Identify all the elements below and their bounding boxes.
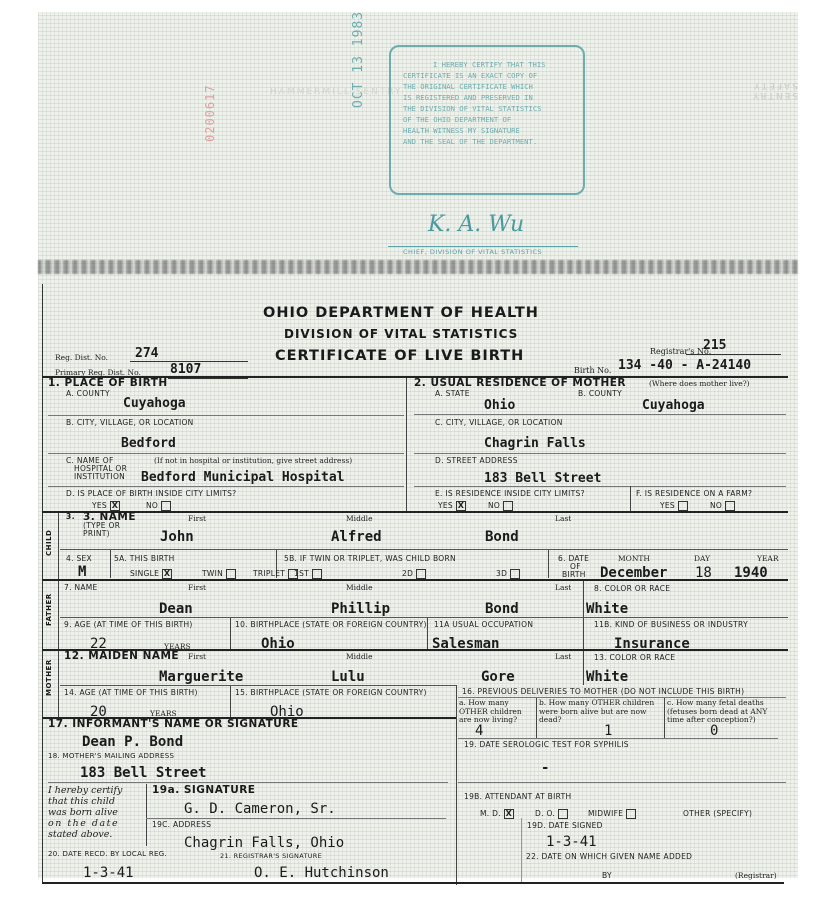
sex-label: 4. SEX <box>66 554 92 563</box>
column-divider <box>230 618 231 649</box>
birth-no-value: 134 -40 - A-24140 <box>618 358 751 373</box>
fetal-deaths-label: c. How many fetal deaths (fetuses born d… <box>667 699 785 725</box>
certify-line: stated above. <box>48 829 122 840</box>
month-label: MONTH <box>618 554 650 563</box>
residence-city-label: c. CITY, VILLAGE, OR LOCATION <box>435 418 563 427</box>
mother-last-name: Gore <box>481 669 515 685</box>
occupation-label: 11a USUAL OCCUPATION <box>434 620 533 629</box>
father-middle-name: Phillip <box>331 601 390 617</box>
no-label: NO <box>146 501 158 510</box>
md-label: M. D. <box>480 809 501 818</box>
no-label: NO <box>710 501 722 510</box>
checkbox[interactable] <box>558 809 568 819</box>
second-born-option[interactable]: 2D <box>402 569 426 579</box>
dob-label: BIRTH <box>562 570 586 579</box>
first-label: First <box>188 652 206 661</box>
residence-inside-city-label: e. IS RESIDENCE INSIDE CITY LIMITS? <box>435 489 585 498</box>
inside-city-label: d. IS PLACE OF BIRTH INSIDE CITY LIMITS? <box>66 489 236 498</box>
hospital-label: INSTITUTION <box>74 472 125 481</box>
photocopy-edge <box>38 260 798 274</box>
side-label-divider <box>58 651 59 717</box>
column-divider <box>664 698 665 738</box>
checkbox[interactable] <box>725 501 735 511</box>
child-middle-name: Alfred <box>331 529 382 545</box>
serial-number: 0200617 <box>203 84 217 142</box>
farm-label: f. IS RESIDENCE ON A FARM? <box>636 489 752 498</box>
form-left-border <box>42 284 43 884</box>
signature-caption: CHIEF, DIVISION OF VITAL STATISTICS <box>403 248 542 256</box>
mailing-address-value: 183 Bell Street <box>80 765 206 781</box>
section-divider <box>42 511 788 513</box>
father-last-name: Bond <box>485 601 519 617</box>
single-option[interactable]: SINGLEX <box>130 569 172 579</box>
mother-first-name: Marguerite <box>159 669 243 685</box>
registrar-no-value: 215 <box>703 338 726 353</box>
attendant-label: 19b. ATTENDANT AT BIRTH <box>464 792 571 801</box>
age-label: 9. AGE (At time of this birth) <box>64 620 193 629</box>
residence-county-value: Cuyahoga <box>642 398 705 413</box>
title-division: DIVISION OF VITAL STATISTICS <box>284 327 518 341</box>
row-line <box>48 415 404 416</box>
triplet-label: TRIPLET <box>253 569 285 578</box>
inside-city-yes[interactable]: YESX <box>92 501 120 511</box>
last-label: Last <box>555 514 571 523</box>
signature-label: 19a. SIGNATURE <box>152 784 255 796</box>
last-label: Last <box>555 583 571 592</box>
previous-deliveries-heading: 16. PREVIOUS DELIVERIES TO MOTHER (Do NO… <box>462 687 744 696</box>
row-line <box>48 486 404 487</box>
city-label: b. CITY, VILLAGE, OR LOCATION <box>66 418 194 427</box>
this-birth-label: 5a. THIS BIRTH <box>114 554 175 563</box>
checkbox-checked[interactable]: X <box>504 809 514 819</box>
watermark-text: SENTRY SAFETY <box>718 80 798 100</box>
industry-label: 11b. KIND OF BUSINESS OR INDUSTRY <box>594 620 748 629</box>
checkbox[interactable] <box>416 569 426 579</box>
certify-statement: I hereby certify that this child was bor… <box>48 785 122 840</box>
row-line <box>458 782 786 783</box>
do-label: D. O. <box>535 809 555 818</box>
state-label: a. STATE <box>435 389 470 398</box>
first-label: First <box>188 583 206 592</box>
column-divider <box>521 818 522 884</box>
previous-dead-label: b. How many OTHER children were born ali… <box>539 699 661 725</box>
birth-county-value: Cuyahoga <box>123 396 186 411</box>
midwife-label: MIDWIFE <box>588 809 623 818</box>
child-sex: M <box>78 564 86 580</box>
date-received-label: 20. DATE RECD. BY LOCAL REG. <box>48 850 167 858</box>
hospital-value: Bedford Municipal Hospital <box>141 470 345 485</box>
serology-value: - <box>541 760 549 776</box>
column-divider <box>583 651 584 685</box>
column-divider <box>230 686 231 717</box>
residence-county-label: b. COUNTY <box>578 389 622 398</box>
residence-inside-no[interactable]: NO <box>488 501 513 511</box>
place-of-birth-heading: 1. PLACE OF BIRTH <box>48 377 168 389</box>
md-option[interactable]: M. D.X <box>480 809 514 819</box>
residence-street-value: 183 Bell Street <box>484 471 601 486</box>
date-received-value: 1-3-41 <box>83 865 134 881</box>
row-line <box>414 453 786 454</box>
birthplace-label: 15. BIRTHPLACE (State or foreign country… <box>235 688 427 697</box>
twin-option[interactable]: TWIN <box>202 569 236 579</box>
county-label: a. COUNTY <box>66 389 110 398</box>
stamp-line: CERTIFICATE IS AN EXACT COPY OF <box>403 70 575 81</box>
race-label: 13. COLOR OR RACE <box>594 653 675 662</box>
previous-living-label: a. How many OTHER children are now livin… <box>459 699 535 725</box>
mother-race: White <box>586 669 628 685</box>
father-name-label: 7. NAME <box>64 583 98 592</box>
first-born-option[interactable]: 1ST <box>294 569 322 579</box>
triplet-option[interactable]: TRIPLET <box>253 569 298 579</box>
chief-signature: K. A. Wu <box>428 212 524 237</box>
checkbox[interactable] <box>510 569 520 579</box>
certify-line: on the date <box>48 818 122 829</box>
yes-label: YES <box>438 501 453 510</box>
child-last-name: Bond <box>485 529 519 545</box>
middle-label: Middle <box>346 514 373 523</box>
other-option[interactable]: OTHER (Specify) <box>683 809 752 818</box>
farm-yes[interactable]: YES <box>660 501 688 511</box>
last-label: Last <box>555 652 571 661</box>
residence-inside-yes[interactable]: YESX <box>438 501 466 511</box>
certify-line: was born alive <box>48 807 122 818</box>
birthplace-label: 10. BIRTHPLACE (State or foreign country… <box>235 620 427 629</box>
twin-order-label: 5b. IF TWIN OR TRIPLET, WAS CHILD BORN <box>284 554 456 563</box>
by-label: BY <box>602 871 612 880</box>
stamp-line: THE ORIGINAL CERTIFICATE WHICH <box>403 81 575 92</box>
certify-line: that this child <box>48 796 122 807</box>
date-signed-value: 1-3-41 <box>546 834 597 850</box>
checkbox-checked[interactable]: X <box>110 501 120 511</box>
checkbox-checked[interactable]: X <box>456 501 466 511</box>
column-divider <box>630 486 631 511</box>
row-line <box>60 549 788 550</box>
first-label: First <box>188 514 206 523</box>
row-line <box>60 617 788 618</box>
residence-heading: 2. USUAL RESIDENCE OF MOTHER <box>414 377 626 389</box>
inside-city-no[interactable]: NO <box>146 501 171 511</box>
stamp-line: AND THE SEAL OF THE DEPARTMENT. <box>403 136 575 147</box>
no-label: NO <box>488 501 500 510</box>
checkbox[interactable] <box>503 501 513 511</box>
checkbox[interactable] <box>678 501 688 511</box>
address-label: 19c. ADDRESS <box>152 820 211 829</box>
informant-value: Dean P. Bond <box>82 734 183 750</box>
first-born-label: 1ST <box>294 569 309 578</box>
child-name-number: 3. <box>66 512 75 521</box>
reg-dist-value: 274 <box>135 346 158 361</box>
section-divider <box>42 579 788 581</box>
registrar-signature: O. E. Hutchinson <box>254 865 389 881</box>
attendant-signature: G. D. Cameron, Sr. <box>184 801 336 817</box>
underline <box>686 354 781 355</box>
registrar-signature-label: 21. REGISTRAR'S SIGNATURE <box>220 852 322 860</box>
certify-line: I hereby certify <box>48 785 122 796</box>
row-line <box>60 685 456 686</box>
row-line <box>414 414 786 415</box>
stamp-line: THE DIVISION OF VITAL STATISTICS <box>403 103 575 114</box>
street-label: d. STREET ADDRESS <box>435 456 518 465</box>
checkbox[interactable] <box>161 501 171 511</box>
title-certificate: CERTIFICATE OF LIVE BIRTH <box>275 348 524 364</box>
stamp-line: OF THE OHIO DEPARTMENT OF <box>403 114 575 125</box>
serology-label: 19. DATE SEROLOGIC TEST FOR SYPHILIS <box>464 740 629 749</box>
year-label: YEAR <box>757 554 779 563</box>
child-first-name: John <box>160 529 194 545</box>
row-line <box>146 818 446 819</box>
column-divider <box>536 698 537 738</box>
registrar-caption: (Registrar) <box>735 871 777 880</box>
father-side-label: FATHER <box>45 593 53 626</box>
side-label-divider <box>58 513 59 579</box>
midwife-option[interactable]: MIDWIFE <box>588 809 636 819</box>
day-label: DAY <box>694 554 710 563</box>
column-divider <box>406 378 407 511</box>
stamp-line: IS REGISTERED AND PRESERVED IN <box>403 92 575 103</box>
race-label: 8. COLOR OR RACE <box>594 584 670 593</box>
checkbox-checked[interactable]: X <box>162 569 172 579</box>
column-divider <box>146 784 147 846</box>
stamp-line: I HEREBY CERTIFY THAT THIS <box>403 59 575 70</box>
third-born-label: 3D <box>496 569 507 578</box>
stamp-date: OCT 13 1983 <box>351 11 366 108</box>
birth-city-value: Bedford <box>121 436 176 451</box>
date-signed-label: 19d. DATE SIGNED <box>527 821 603 830</box>
hospital-note: (If not in hospital or institution, give… <box>154 456 352 465</box>
row-line <box>458 738 778 739</box>
birth-certificate: HAMMERMILL SENTRY SENTRY SAFETY 0200617 … <box>38 12 798 878</box>
column-divider <box>110 550 111 578</box>
second-born-label: 2D <box>402 569 413 578</box>
child-name-sub: (TYPE OR PRINT) <box>83 522 123 538</box>
attendant-address: Chagrin Falls, Ohio <box>184 835 344 851</box>
row-line <box>414 486 786 487</box>
column-divider <box>427 618 428 649</box>
column-divider <box>456 685 457 885</box>
third-born-option[interactable]: 3D <box>496 569 520 579</box>
reg-dist-label: Reg. Dist. No. <box>55 353 108 362</box>
column-divider <box>583 581 584 649</box>
residence-city-value: Chagrin Falls <box>484 436 586 451</box>
mother-middle-name: Lulu <box>331 669 365 685</box>
middle-label: Middle <box>346 583 373 592</box>
birth-no-label: Birth No. <box>574 366 611 375</box>
informant-label: 17. INFORMANT'S NAME OR SIGNATURE <box>48 718 299 730</box>
row-line <box>48 782 448 783</box>
title-department: OHIO DEPARTMENT OF HEALTH <box>263 305 539 321</box>
watermark-text: HAMMERMILL SENTRY <box>270 87 403 97</box>
row-line <box>48 453 404 454</box>
father-first-name: Dean <box>159 601 193 617</box>
checkbox[interactable] <box>312 569 322 579</box>
yes-label: YES <box>92 501 107 510</box>
residence-state-value: Ohio <box>484 398 515 413</box>
do-option[interactable]: D. O. <box>535 809 568 819</box>
residence-note: (Where does mother live?) <box>649 379 750 388</box>
mailing-address-label: 18. MOTHER'S MAILING ADDRESS <box>48 752 174 760</box>
farm-no[interactable]: NO <box>710 501 735 511</box>
single-label: SINGLE <box>130 569 159 578</box>
certification-stamp: I HEREBY CERTIFY THAT THIS CERTIFICATE I… <box>389 45 585 195</box>
name-added-label: 22. DATE ON WHICH GIVEN NAME ADDED <box>526 852 692 861</box>
underline <box>168 378 248 379</box>
previous-dead-value: 1 <box>604 723 612 739</box>
middle-label: Middle <box>346 652 373 661</box>
yes-label: YES <box>660 501 675 510</box>
checkbox[interactable] <box>226 569 236 579</box>
twin-label: TWIN <box>202 569 223 578</box>
checkbox[interactable] <box>626 809 636 819</box>
column-divider <box>548 550 549 578</box>
previous-living-value: 4 <box>475 723 483 739</box>
father-race: White <box>586 601 628 617</box>
age-label: 14. AGE (At time of this birth) <box>64 688 198 697</box>
side-label-divider <box>58 581 59 649</box>
form-bottom-border <box>42 882 784 884</box>
mother-side-label: MOTHER <box>45 659 53 696</box>
fetal-deaths-value: 0 <box>710 723 718 739</box>
primary-reg-value: 8107 <box>170 362 201 377</box>
stamp-line: HEALTH WITNESS MY SIGNATURE <box>403 125 575 136</box>
signature-line <box>388 246 578 247</box>
mother-name-label: 12. MAIDEN NAME <box>64 650 179 662</box>
child-side-label: CHILD <box>45 530 53 556</box>
